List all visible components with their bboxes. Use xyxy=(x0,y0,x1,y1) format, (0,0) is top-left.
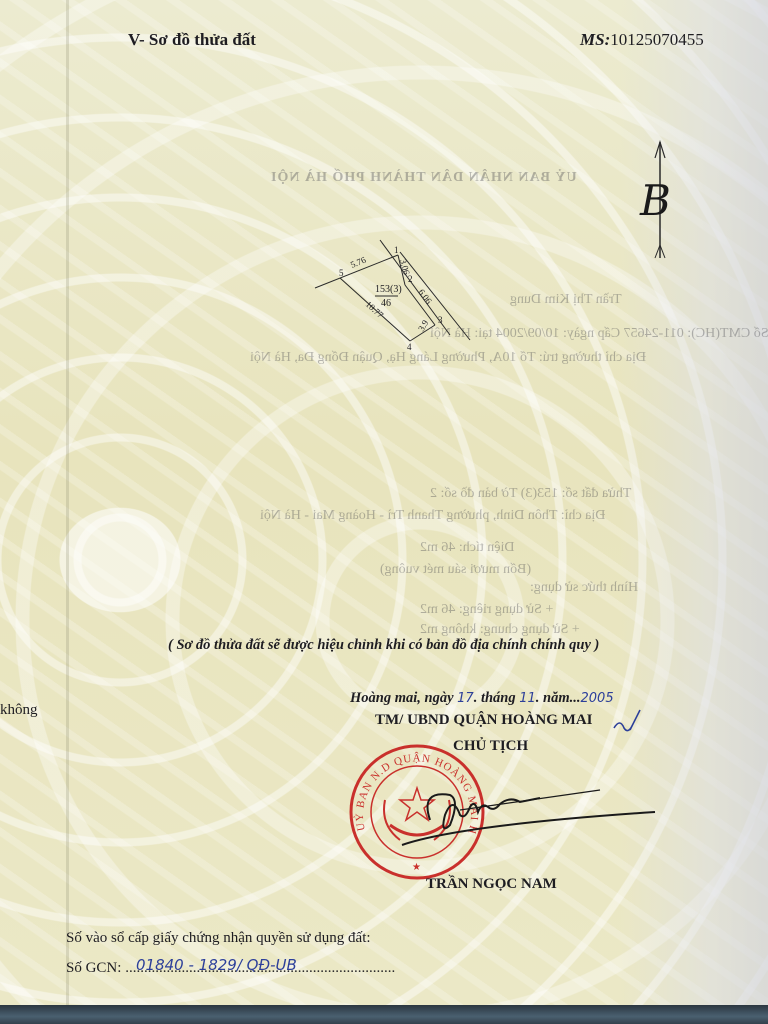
gcn-value: 01840 - 1829/ QĐ-UB xyxy=(136,956,297,974)
ms-label: MS: xyxy=(580,30,610,49)
signer-name: TRẦN NGỌC NAM xyxy=(426,876,557,893)
north-arrow-icon: B xyxy=(640,140,680,260)
show-through-line: + Sử dụng chung: không m2 xyxy=(420,622,580,638)
year-label: . năm... xyxy=(536,690,581,706)
date-prefix: Hoàng mai, ngày xyxy=(350,690,457,706)
show-through-line: Trần Thị Kim Dung xyxy=(510,292,622,308)
date-month: 11 xyxy=(519,691,536,706)
vertex-label: 1 xyxy=(394,245,399,255)
vertex-label: 5 xyxy=(339,268,344,278)
parcel-diagram: 1 2 3 4 5 5.76 3.06 6.06 3.9 10.77 153(3… xyxy=(310,240,480,355)
date-day: 17 xyxy=(457,691,474,706)
north-letter: B xyxy=(640,176,671,225)
show-through-line: (Bốn mươi sáu mét vuông) xyxy=(380,562,531,578)
diagram-note: ( Sơ đồ thửa đất sẽ được hiệu chỉnh khi … xyxy=(168,637,599,654)
show-through-line: Địa chỉ: Thôn Dinh, phường Thanh Trì - H… xyxy=(260,508,605,524)
show-through-line: Diện tích: 46 m2 xyxy=(420,540,515,556)
authority: TM/ UBND QUẬN HOÀNG MAI xyxy=(375,712,593,729)
show-through-line: Thửa đất số: 153(3) Tờ bản đồ số: 2 xyxy=(430,486,631,502)
vertex-label: 2 xyxy=(408,274,413,284)
parcel-area: 46 xyxy=(381,298,391,309)
section-title: V- Sơ đồ thửa đất xyxy=(128,30,256,50)
show-through-line: Năm sinh: 969 Số CMT(HC): 011-24657 Cấp … xyxy=(430,326,768,342)
registry-label: Số vào sổ cấp giấy chứng nhận quyền sử d… xyxy=(66,930,371,947)
show-through-line: + Sử dụng riêng: 46 m2 xyxy=(420,602,553,618)
initial-mark-icon xyxy=(612,708,642,739)
ms-value: 10125070455 xyxy=(610,30,704,49)
ms-number: MS:10125070455 xyxy=(580,30,704,50)
vertex-label: 4 xyxy=(407,342,412,352)
show-through-header: UỶ BAN NHÂN DÂN THÀNH PHỐ HÀ NỘI xyxy=(270,170,577,186)
vertex-label: 3 xyxy=(438,315,443,325)
month-label: . tháng xyxy=(474,690,520,706)
date-year: 2005 xyxy=(581,691,614,706)
show-through-line: Hình thức sử dụng: xyxy=(530,580,638,596)
left-fragment-text: không xyxy=(0,702,38,719)
gcn-label: Số GCN: xyxy=(66,960,121,976)
svg-text:★: ★ xyxy=(412,862,421,873)
edge-length: 3.9 xyxy=(416,318,431,333)
parcel-id: 153(3) xyxy=(375,284,402,295)
edge-length: 3.06 xyxy=(398,258,412,276)
gcn-field: Số GCN: ................................… xyxy=(66,960,395,977)
signature-icon xyxy=(400,770,660,855)
background-fabric xyxy=(0,1005,768,1024)
date-line: Hoàng mai, ngày 17. tháng 11. năm...2005 xyxy=(350,690,614,707)
fold-crease xyxy=(66,0,69,1010)
edge-length: 5.76 xyxy=(349,254,368,269)
